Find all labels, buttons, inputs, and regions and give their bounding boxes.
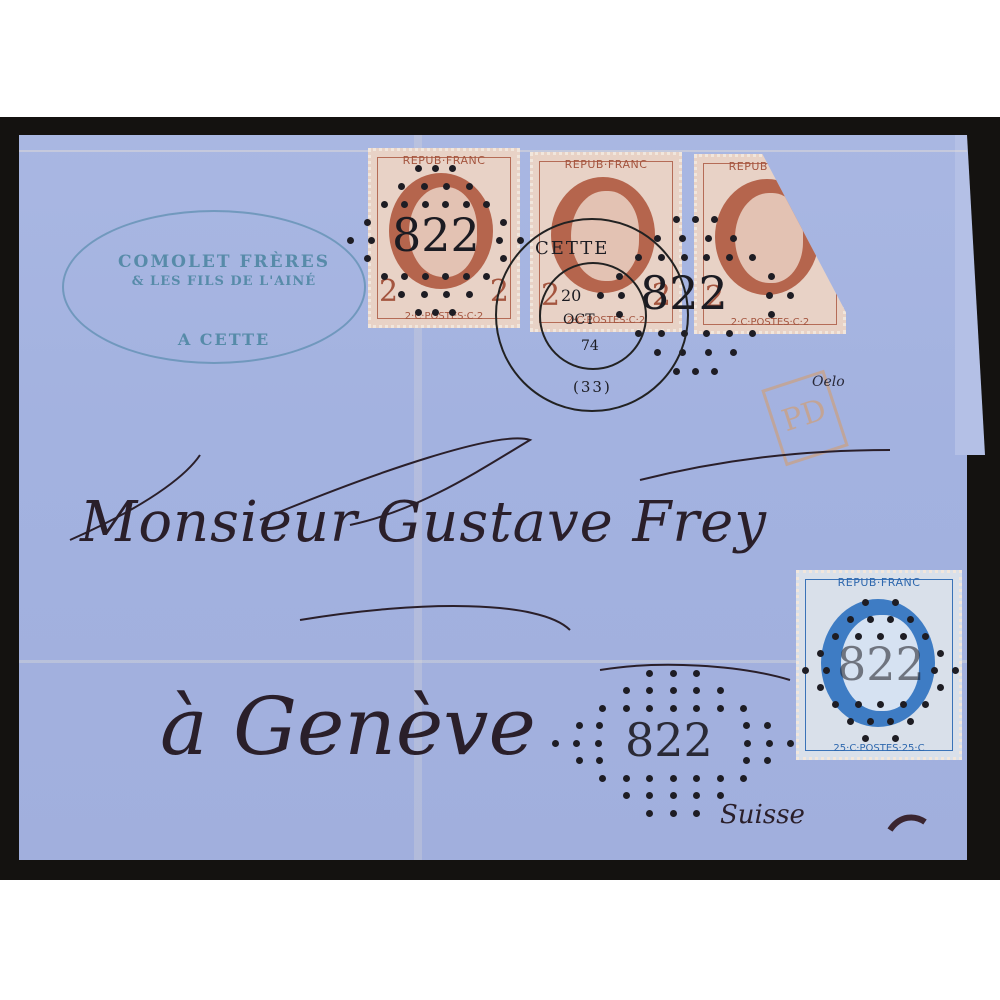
stamp-top-text: REPUB·FRANC (533, 158, 679, 171)
cds-town: CETTE (535, 238, 609, 259)
handstamp-line-2: & LES FILS DE L'AINÉ (84, 274, 364, 289)
cancel-numeral: 822 (392, 208, 480, 262)
address-line-1: Monsieur Gustave Frey (80, 490, 767, 555)
address-line-2: à Genève (160, 680, 536, 773)
cds-day: 20 (561, 286, 581, 305)
cds-department: (33) (573, 378, 612, 396)
handstamp-line-1: COMOLET FRÈRES (84, 252, 364, 272)
dotted-lozenge-cancel: 822 (805, 585, 955, 755)
cancel-numeral: 822 (837, 637, 925, 691)
dotted-lozenge-cancel: 822 (350, 150, 520, 330)
sender-handstamp: COMOLET FRÈRES & LES FILS DE L'AINÉ A CE… (62, 210, 366, 364)
cds-year: 74 (581, 338, 599, 354)
circular-date-stamp: CETTE 20 OCT 74 (33) (495, 218, 689, 412)
address-line-3: Suisse (720, 800, 805, 830)
pencil-annotation: Oelo (812, 374, 845, 390)
cds-month: OCT (563, 312, 595, 328)
cancel-numeral: 822 (625, 713, 713, 767)
handstamp-line-3: A CETTE (124, 330, 324, 349)
